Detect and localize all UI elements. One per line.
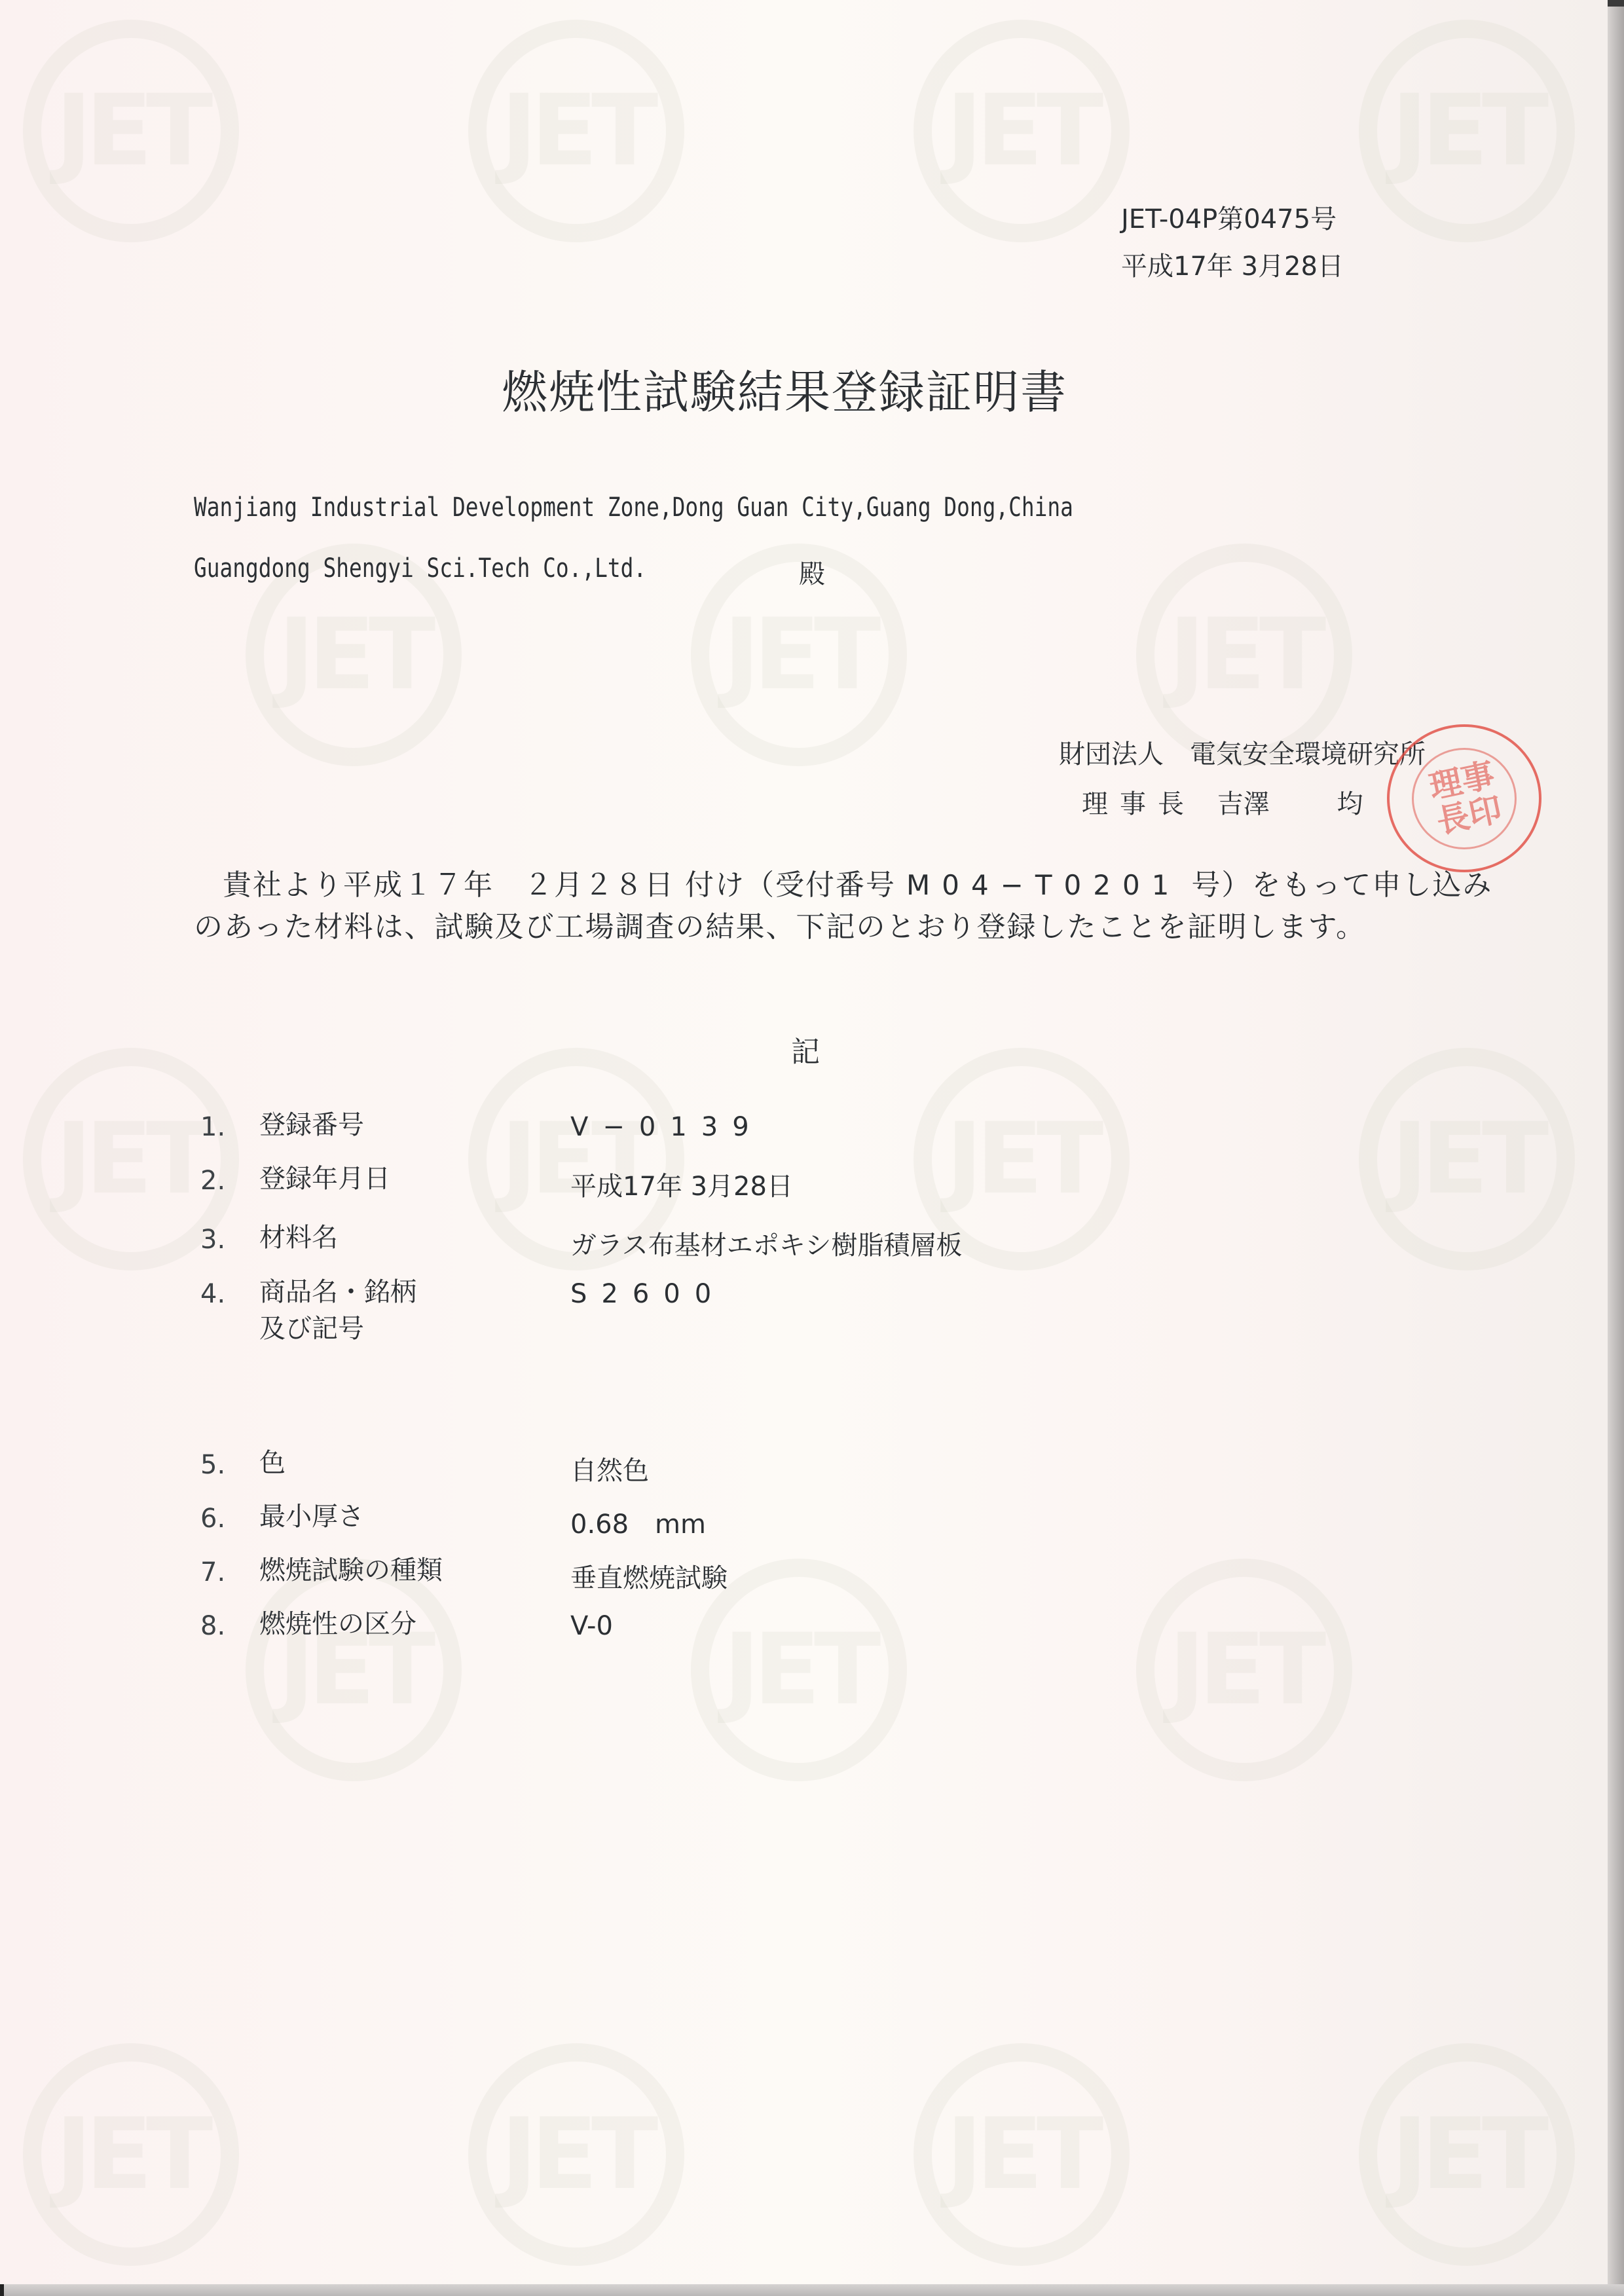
issuer-role: 理事長 xyxy=(1082,789,1196,819)
item-label: 最小厚さ xyxy=(259,1498,364,1535)
item-number: 5. xyxy=(200,1450,225,1480)
statement-part1: 貴社より平成１７年 ２月２８日 付け（受付番号 xyxy=(223,868,906,902)
jet-watermark: JET xyxy=(468,2043,684,2266)
jet-watermark: JET xyxy=(1136,544,1352,766)
jet-watermark: JET xyxy=(1136,1559,1352,1781)
jet-watermark: JET xyxy=(1359,1048,1575,1270)
item-number: 6. xyxy=(200,1504,225,1534)
receipt-number: M04−T0201 xyxy=(906,869,1181,901)
scan-edge-corner xyxy=(1608,0,1624,7)
official-seal-icon: 理事長印 xyxy=(1387,724,1541,872)
jet-watermark: JET xyxy=(1359,20,1575,242)
item-number: 3. xyxy=(200,1225,225,1255)
item-label: 材料名 xyxy=(259,1219,338,1256)
jet-watermark: JET xyxy=(23,20,239,242)
item-label: 登録年月日 xyxy=(259,1160,390,1197)
issuer-organization: 財団法人 電気安全環境研究所 xyxy=(1059,733,1426,771)
item-label: 登録番号 xyxy=(259,1107,364,1143)
item-value: ガラス布基材エポキシ樹脂積層板 xyxy=(570,1225,962,1262)
item-value: V-0 xyxy=(570,1611,613,1641)
issuer-signatory: 理事長 吉澤 均 xyxy=(1082,783,1363,821)
item-label: 商品名・銘柄及び記号 xyxy=(259,1274,416,1347)
jet-watermark: JET xyxy=(913,20,1130,242)
recipient-honorific: 殿 xyxy=(799,553,825,591)
section-marker: 記 xyxy=(791,1028,820,1070)
item-number: 8. xyxy=(200,1611,225,1641)
jet-watermark: JET xyxy=(1359,2043,1575,2266)
certification-statement: 貴社より平成１７年 ２月２８日 付け（受付番号 M04−T0201 号）をもって… xyxy=(194,864,1510,948)
jet-watermark: JET xyxy=(468,20,684,242)
item-label: 色 xyxy=(259,1445,286,1481)
item-number: 7. xyxy=(200,1557,225,1587)
scan-edge-bottom xyxy=(0,2284,1624,2296)
item-number: 4. xyxy=(200,1279,225,1309)
item-label: 燃焼性の区分 xyxy=(259,1606,416,1642)
item-value: 0.68 mm xyxy=(570,1504,706,1541)
scan-edge-corner xyxy=(0,2284,4,2296)
item-label: 燃焼試験の種類 xyxy=(259,1552,443,1589)
item-value: S2600 xyxy=(570,1279,726,1309)
item-value: 平成17年 3月28日 xyxy=(570,1166,793,1203)
item-value: 垂直燃焼試験 xyxy=(570,1557,728,1595)
issue-date: 平成17年 3月28日 xyxy=(1121,246,1344,283)
reference-number: JET-04P第0475号 xyxy=(1121,198,1337,236)
issuer-family-name: 吉澤 xyxy=(1217,789,1270,819)
item-value: 自然色 xyxy=(570,1450,649,1487)
item-value: V−0139 xyxy=(570,1112,764,1142)
certificate-page: JET JET JET JET JET JET JET JET JET JET … xyxy=(0,0,1608,2284)
document-title: 燃焼性試験結果登録証明書 xyxy=(502,356,1067,422)
seal-text: 理事長印 xyxy=(1420,756,1511,842)
jet-watermark: JET xyxy=(246,1559,462,1781)
item-number: 1. xyxy=(200,1112,225,1142)
jet-watermark: JET xyxy=(23,2043,239,2266)
item-number: 2. xyxy=(200,1166,225,1196)
recipient-company: Guangdong Shengyi Sci.Tech Co.,Ltd. xyxy=(194,553,646,583)
issuer-given-name: 均 xyxy=(1337,789,1363,819)
jet-watermark: JET xyxy=(913,2043,1130,2266)
recipient-address: Wanjiang Industrial Development Zone,Don… xyxy=(194,492,1073,523)
scan-edge-right xyxy=(1608,0,1624,2296)
